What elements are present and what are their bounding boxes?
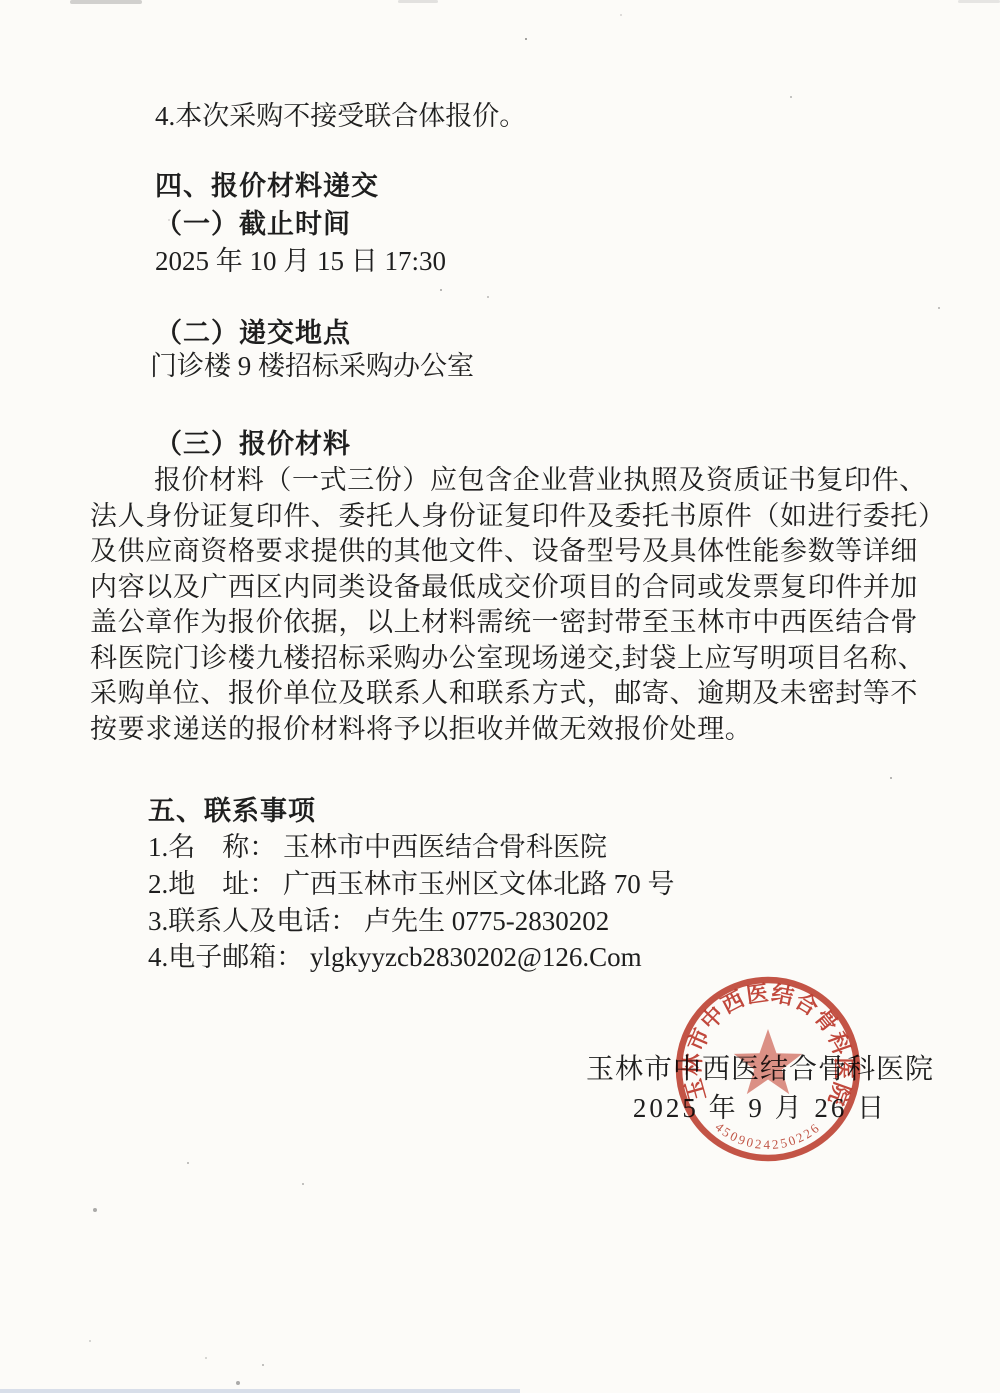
official-seal-stamp: 玉林市中西医结合骨科医院 4509024250226 — [658, 959, 878, 1179]
materials-paragraph: 报价材料（一式三份）应包含企业营业执照及资质证书复印件、 法人身份证复印件、委托… — [90, 463, 950, 747]
contact-name-line: 1.名 称： 玉林市中西医结合骨科医院 — [148, 829, 675, 866]
scan-smudge — [398, 0, 438, 3]
deadline-value: 2025 年 10 月 15 日 17:30 — [155, 244, 446, 278]
materials-line: 及供应商资格要求提供的其他文件、设备型号及具体性能参数等详细 — [90, 534, 950, 570]
materials-line: 内容以及广西区内同类设备最低成交价项目的合同或发票复印件并加 — [90, 570, 950, 606]
deadline-heading: （一）截止时间 — [155, 207, 351, 241]
clause-no-joint-bid: 4.本次采购不接受联合体报价。 — [155, 99, 526, 133]
contact-address-line: 2.地 址： 广西玉林市玉州区文体北路 70 号 — [148, 866, 675, 903]
section-5-heading: 五、联系事项 — [148, 794, 316, 828]
contact-list: 1.名 称： 玉林市中西医结合骨科医院 2.地 址： 广西玉林市玉州区文体北路 … — [148, 829, 675, 976]
materials-line: 采购单位、报价单位及联系人和联系方式，邮寄、逾期及未密封等不 — [90, 676, 950, 712]
seal-star-icon — [734, 1029, 802, 1094]
scanned-document-page: 4.本次采购不接受联合体报价。 四、报价材料递交 （一）截止时间 2025 年 … — [0, 0, 1000, 1393]
scan-smudge — [958, 0, 1000, 3]
scan-noise-specks — [0, 0, 2, 2]
materials-line: 法人身份证复印件、委托人身份证复印件及委托书原件（如进行委托） — [90, 499, 950, 535]
materials-line: 报价材料（一式三份）应包含企业营业执照及资质证书复印件、 — [90, 463, 950, 499]
location-heading: （二）递交地点 — [155, 316, 351, 350]
materials-line: 按要求递送的报价材料将予以拒收并做无效报价处理。 — [90, 712, 950, 748]
materials-line: 科医院门诊楼九楼招标采购办公室现场递交,封袋上应写明项目名称、 — [90, 641, 950, 677]
materials-heading: （三）报价材料 — [155, 427, 351, 461]
contact-email-line: 4.电子邮箱： ylgkyyzcb2830202@126.Com — [148, 939, 675, 976]
contact-phone-line: 3.联系人及电话： 卢先生 0775-2830202 — [148, 903, 675, 940]
materials-line: 盖公章作为报价依据，以上材料需统一密封带至玉林市中西医结合骨 — [90, 605, 950, 641]
scan-edge-artifact — [0, 1389, 520, 1393]
scan-smudge — [70, 0, 142, 4]
location-value: 门诊楼 9 楼招标采购办公室 — [150, 349, 474, 383]
section-4-heading: 四、报价材料递交 — [155, 169, 379, 203]
